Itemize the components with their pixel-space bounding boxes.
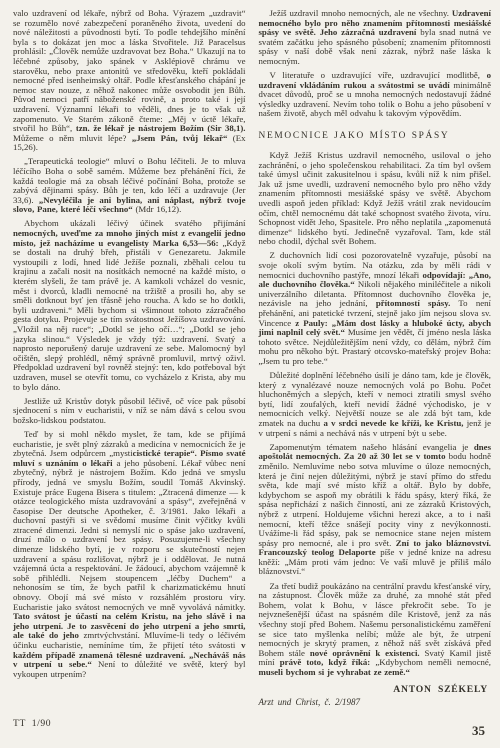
- emphasized-text-run: „Jsem Pán, tvůj lékař“: [132, 133, 228, 143]
- body-paragraph: V literatuře o uzdravující víře, uzdravu…: [259, 71, 492, 119]
- text-run: valo uzdravení od lékaře, nýbrž od Boha.…: [13, 8, 246, 133]
- emphasized-text-run: přítomností spásy.: [376, 298, 451, 308]
- right-column-intro: Ježíš uzdravil mnoho nemocných, ale ne v…: [259, 9, 492, 119]
- section-heading: NEMOCNICE JAKO MÍSTO SPÁSY: [259, 131, 492, 142]
- text-run: Za třetí budiž poukázáno na centrální pr…: [259, 581, 492, 658]
- emphasized-text-run: nemocných, uveďme za mnoho jiných míst z…: [13, 228, 246, 248]
- text-run: bodu hodně změnilo. Nemluvíme nebo sotva…: [259, 451, 492, 547]
- text-run: a jeho působení. Lékař vůbec není zbyteč…: [13, 458, 246, 612]
- body-paragraph: Abychom ukázali léčivý účinek svatého př…: [13, 219, 246, 392]
- text-run: Zapomenutým tématem našeho hlásání evang…: [270, 442, 474, 452]
- text-run: „Když se dostali na druhý břeh, přistáli…: [13, 238, 246, 392]
- author-signature: ANTON SZÉKELY: [259, 685, 492, 695]
- emphasized-text-run: tzn. že lékař je nástrojem Božím (Sir 38…: [76, 123, 246, 133]
- body-paragraph: Ježíš uzdravil mnoho nemocných, ale ne v…: [259, 9, 492, 67]
- body-paragraph: „Terapeutická teologie“ mluví o Bohu léč…: [13, 157, 246, 215]
- emphasized-text-run: a v srdci nevede ke kříži, ke Kristu,: [323, 418, 463, 428]
- text-run: Můžeme o něm mluvit lépe?: [13, 133, 132, 143]
- two-column-text-area: valo uzdravení od lékaře, nýbrž od Boha.…: [0, 0, 500, 708]
- text-run: „Kdybychom neměli nemocné,: [370, 657, 491, 667]
- journal-issue-label: TT 1/90: [13, 718, 51, 729]
- text-run: V literatuře o uzdravující víře, uzdravu…: [270, 70, 487, 80]
- text-run: Když Ježíš Kristus uzdravil nemocného, u…: [259, 150, 492, 246]
- text-run: Ježíš uzdravil mnoho nemocných, ale ne v…: [270, 8, 452, 18]
- body-paragraph: Zapomenutým tématem našeho hlásání evang…: [259, 443, 492, 577]
- body-paragraph: Teď by si mohl někdo myslet, že tam, kde…: [13, 430, 246, 679]
- body-paragraph: Důležité doplnění léčebného úsilí je dán…: [259, 371, 492, 438]
- left-column: valo uzdravení od lékaře, nýbrž od Boha.…: [13, 9, 246, 708]
- emphasized-text-run: nové oprávnění k existenci.: [310, 648, 420, 658]
- page-number: 35: [472, 723, 485, 739]
- emphasized-text-run: museli bychom si je vyhrabat ze země.“: [259, 667, 410, 677]
- right-column: Ježíš uzdravil mnoho nemocných, ale ne v…: [259, 9, 492, 708]
- right-column-body: Když Ježíš Kristus uzdravil nemocného, u…: [259, 151, 492, 677]
- text-run: (Mdr 16,12).: [133, 204, 182, 214]
- emphasized-text-run: „Nevyléčila je ani bylina, ani náplast, …: [13, 195, 246, 215]
- emphasized-text-run: právě toto, když říká:: [280, 657, 370, 667]
- body-paragraph: Za třetí budiž poukázáno na centrální pr…: [259, 582, 492, 678]
- body-paragraph: Když Ježíš Kristus uzdravil nemocného, u…: [259, 151, 492, 247]
- text-run: Jestliže už Kristův dotyk působil léčivě…: [13, 396, 246, 425]
- body-paragraph: valo uzdravení od lékaře, nýbrž od Boha.…: [13, 9, 246, 153]
- source-citation: Arzt und Christ, č. 2/1987: [259, 698, 492, 708]
- body-paragraph: Z duchovních lidí cosi pozorovatelně vyz…: [259, 251, 492, 366]
- text-run: Abychom ukázali léčivý účinek svatého př…: [24, 218, 246, 228]
- body-paragraph: Jestliže už Kristův dotyk působil léčivě…: [13, 397, 246, 426]
- journal-page: valo uzdravení od lékaře, nýbrž od Boha.…: [0, 0, 500, 748]
